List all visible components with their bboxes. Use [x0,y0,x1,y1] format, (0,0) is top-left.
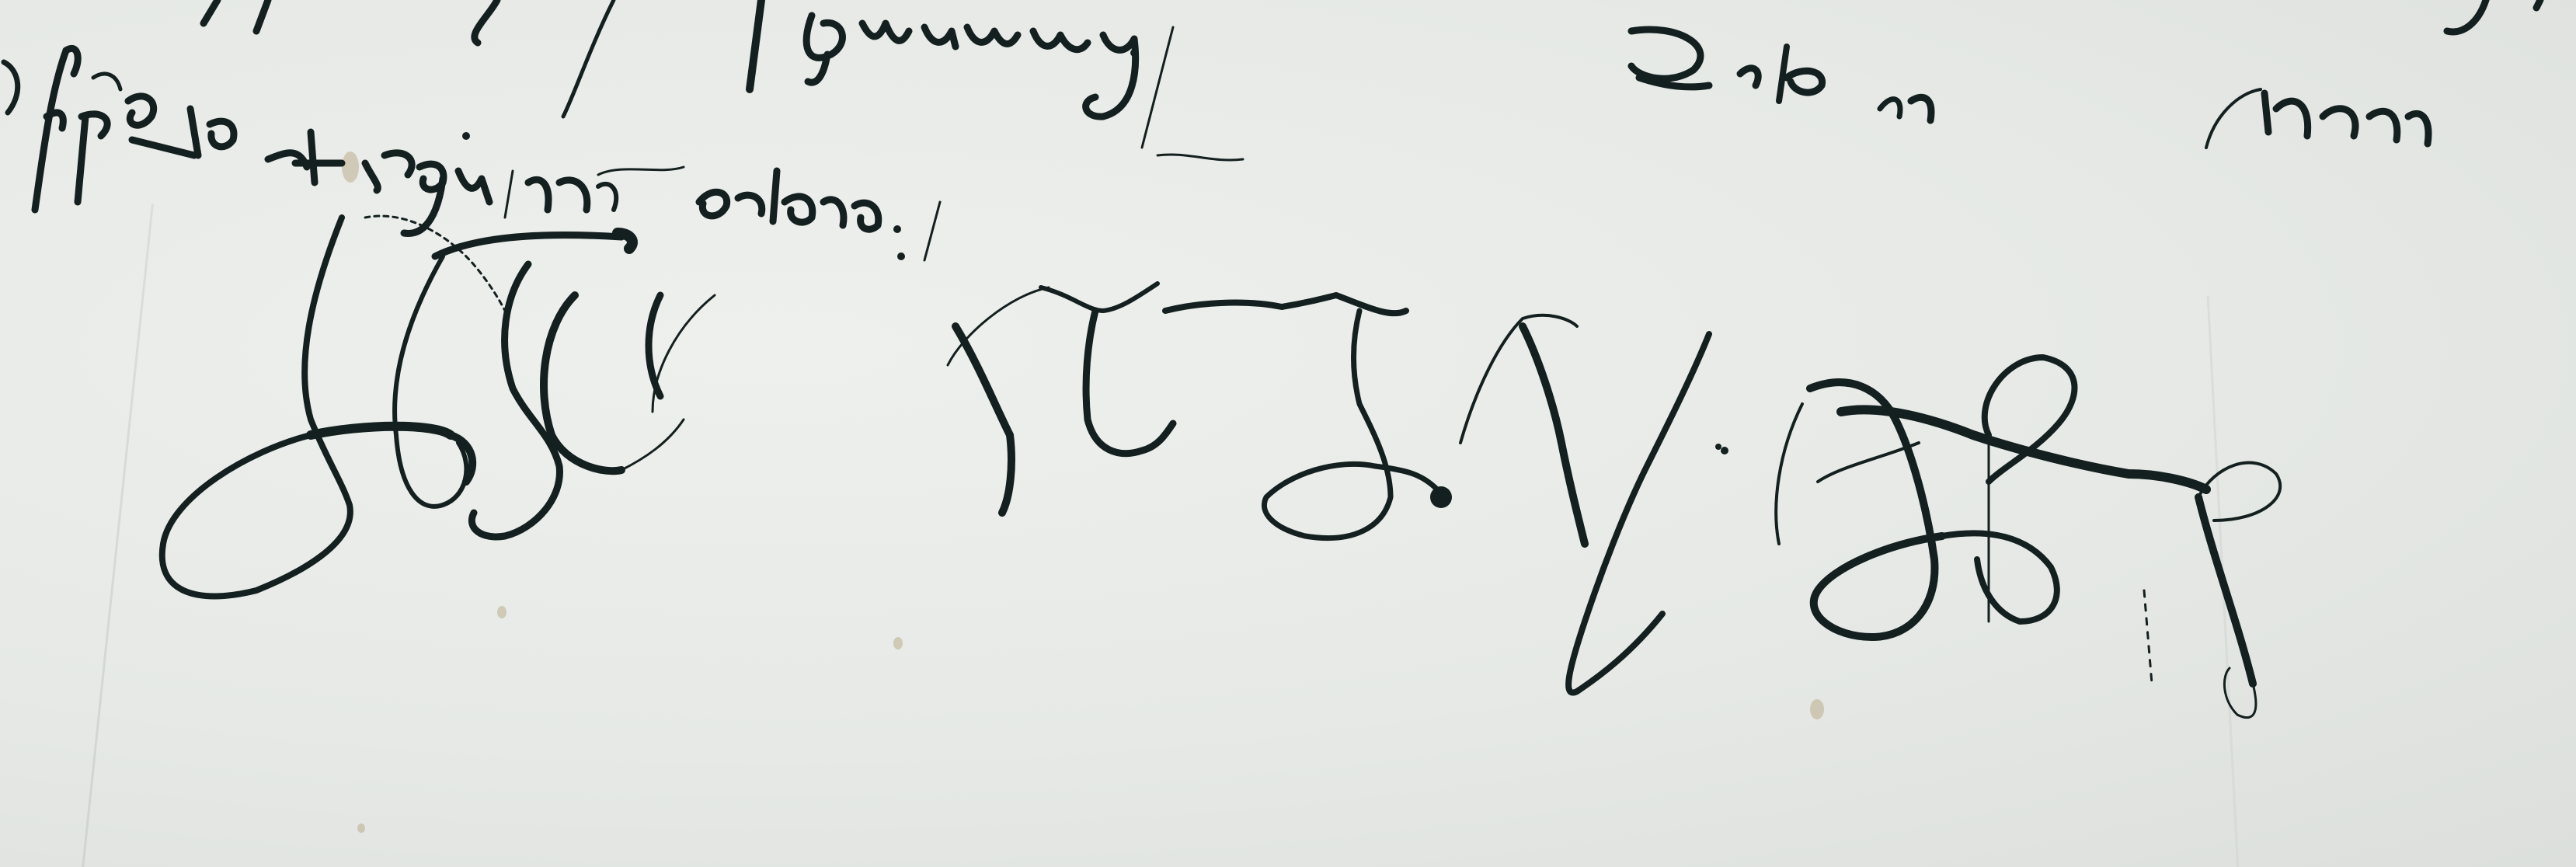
text-line-1-strokes [204,0,2540,160]
manuscript-page: ... signamus. / Dato in Manr suprascript… [0,0,2576,867]
text-line-2-strokes [4,48,940,260]
handwriting-layer [0,0,2576,867]
signature-strokes [162,216,2280,718]
